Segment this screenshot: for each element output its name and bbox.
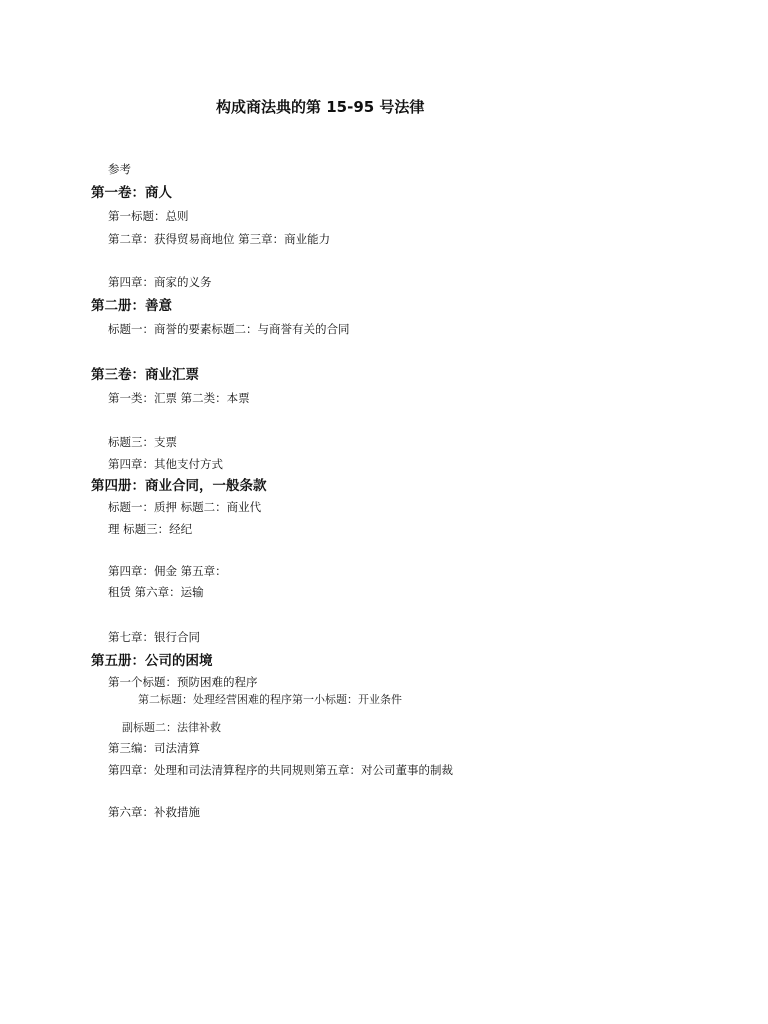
toc-entry: 第四章：处理和司法清算程序的共同规则第五章：对公司董事的制裁 xyxy=(108,765,453,777)
toc-entry: 第三编：司法清算 xyxy=(108,743,200,755)
toc-entry: 理 标题三：经纪 xyxy=(108,524,192,536)
toc-subentry: 副标题二：法律补救 xyxy=(122,722,221,733)
toc-entry: 租赁 第六章：运输 xyxy=(108,587,204,599)
toc-entry: 第一标题：总则 xyxy=(108,211,189,223)
toc-entry: 标题三：支票 xyxy=(108,437,177,449)
toc-entry: 第六章：补救措施 xyxy=(108,807,200,819)
toc-reference: 参考 xyxy=(108,164,131,176)
document-title: 构成商法典的第 15-95 号法律 xyxy=(216,100,424,115)
toc-entry: 第一个标题：预防困难的程序 xyxy=(108,677,258,689)
toc-entry: 第一类：汇票 第二类：本票 xyxy=(108,393,250,405)
toc-entry: 第二章：获得贸易商地位 第三章：商业能力 xyxy=(108,234,330,246)
toc-entry: 第四章：商家的义务 xyxy=(108,277,212,289)
toc-entry: 标题一：商誉的要素标题二：与商誉有关的合同 xyxy=(108,324,350,336)
toc-entry: 第四章：其他支付方式 xyxy=(108,459,223,471)
toc-book-heading: 第一卷：商人 xyxy=(91,187,172,201)
toc-book-heading: 第四册：商业合同，一般条款 xyxy=(91,480,267,494)
toc-book-heading: 第二册：善意 xyxy=(91,300,172,314)
toc-book-heading: 第三卷：商业汇票 xyxy=(91,369,199,383)
toc-entry: 标题一：质押 标题二：商业代 xyxy=(108,502,261,514)
toc-book-heading: 第五册：公司的困境 xyxy=(91,655,213,669)
toc-entry: 第七章：银行合同 xyxy=(108,632,200,644)
toc-subentry: 第二标题：处理经营困难的程序第一小标题：开业条件 xyxy=(138,694,402,705)
toc-entry: 第四章：佣金 第五章： xyxy=(108,566,227,578)
